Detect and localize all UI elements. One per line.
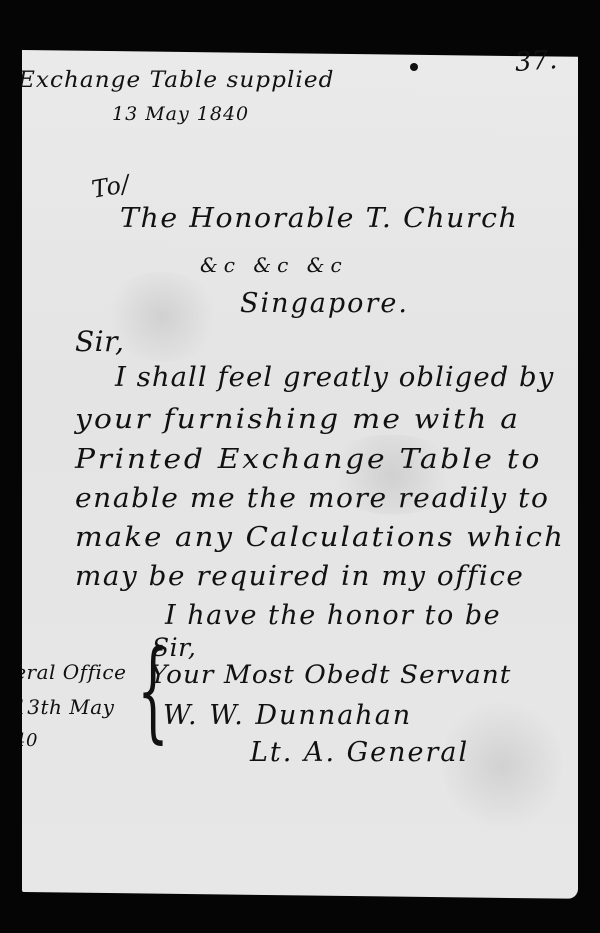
margin-note-line2: 13 May 1840	[112, 103, 249, 125]
body-line-5: make any Calculations which	[75, 522, 565, 553]
body-line-2: your furnishing me with a	[75, 404, 520, 435]
address-place: Singapore.	[240, 288, 409, 319]
salutation: Sir,	[75, 325, 124, 358]
margin-note-line1: Exchange Table supplied	[18, 68, 334, 93]
address-recipient: The Honorable T. Church	[120, 203, 518, 234]
dateline-line-2: 13th May	[14, 695, 114, 719]
body-line-3: Printed Exchange Table to	[75, 444, 542, 475]
ink-blot	[410, 63, 418, 71]
scan-border-left	[0, 0, 22, 933]
signatory-title: Lt. A. General	[250, 737, 469, 768]
signature: W. W. Dunnahan	[163, 700, 412, 731]
body-line-4: enable me the more readily to	[75, 483, 549, 514]
body-line-6: may be required in my office	[75, 561, 524, 592]
brace-bracket: {	[137, 635, 169, 745]
page-number: 37.	[514, 45, 559, 78]
address-ditto: &c &c &c	[200, 253, 348, 277]
body-line-1: I shall feel greatly obliged by	[115, 362, 554, 393]
closing-line-1: I have the honor to be	[165, 600, 501, 631]
closing-line-3: Your Most Obedt Servant	[150, 660, 511, 689]
